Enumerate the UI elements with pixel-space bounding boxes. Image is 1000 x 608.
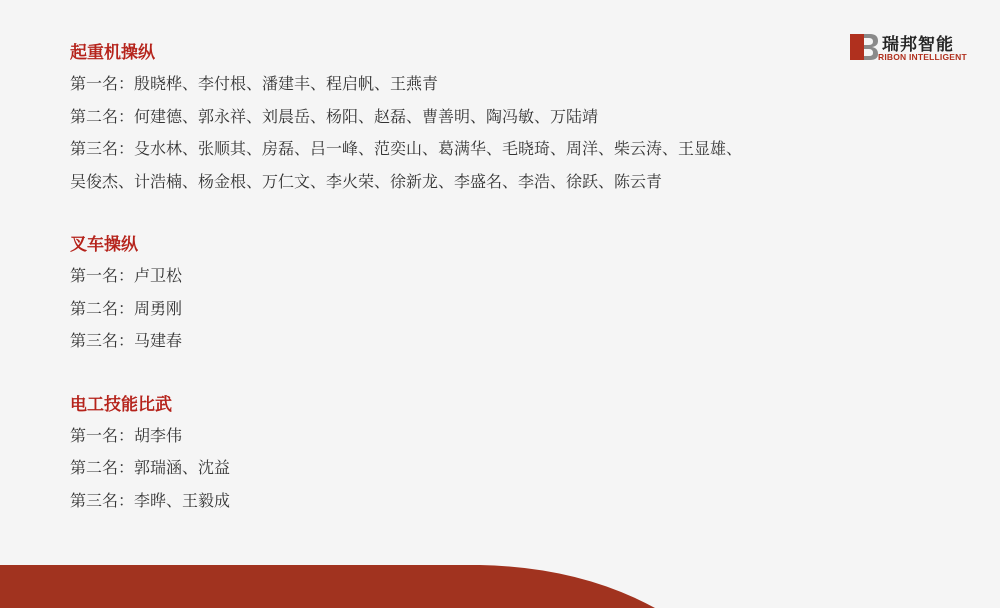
rank-label: 第一名： <box>70 266 134 285</box>
rank-third: 第三名：李晔、王毅成 <box>70 485 890 518</box>
rank-label: 第二名： <box>70 299 134 318</box>
rank-label: 第一名： <box>70 426 134 445</box>
section-title: 起重机操纵 <box>70 38 890 68</box>
rank-first: 第一名：殷晓桦、李付根、潘建丰、程启帆、王燕青 <box>70 68 890 101</box>
brand-name-en: RIBON INTELLIGENT <box>878 52 967 62</box>
winner-names: 郭瑞涵、沈益 <box>134 458 230 477</box>
winner-names: 马建春 <box>134 331 182 350</box>
rank-second: 第二名：周勇刚 <box>70 293 890 326</box>
footer-decorative-band <box>0 565 1000 608</box>
winner-names: 殳水林、张顺其、房磊、吕一峰、范奕山、葛满华、毛晓琦、周洋、柴云涛、王显雄、 <box>134 139 742 158</box>
winner-names-continued: 吴俊杰、计浩楠、杨金根、万仁文、李火荣、徐新龙、李盛名、李浩、徐跃、陈云青 <box>70 166 890 199</box>
rank-label: 第三名： <box>70 491 134 510</box>
section-title: 电工技能比武 <box>70 390 890 420</box>
section-forklift: 叉车操纵 第一名：卢卫松 第二名：周勇刚 第三名：马建春 <box>70 230 890 358</box>
rank-first: 第一名：胡李伟 <box>70 420 890 453</box>
winner-names: 胡李伟 <box>134 426 182 445</box>
winner-names: 周勇刚 <box>134 299 182 318</box>
rank-first: 第一名：卢卫松 <box>70 260 890 293</box>
winner-names: 卢卫松 <box>134 266 182 285</box>
rank-second: 第二名：何建德、郭永祥、刘晨岳、杨阳、赵磊、曹善明、陶冯敏、万陆靖 <box>70 101 890 134</box>
section-crane: 起重机操纵 第一名：殷晓桦、李付根、潘建丰、程启帆、王燕青 第二名：何建德、郭永… <box>70 38 890 198</box>
rank-label: 第一名： <box>70 74 134 93</box>
rank-label: 第二名： <box>70 458 134 477</box>
rank-label: 第二名： <box>70 107 134 126</box>
rank-label: 第三名： <box>70 331 134 350</box>
winner-names: 殷晓桦、李付根、潘建丰、程启帆、王燕青 <box>134 74 438 93</box>
rank-third: 第三名：马建春 <box>70 325 890 358</box>
section-electrician: 电工技能比武 第一名：胡李伟 第二名：郭瑞涵、沈益 第三名：李晔、王毅成 <box>70 390 890 518</box>
award-list: 起重机操纵 第一名：殷晓桦、李付根、潘建丰、程启帆、王燕青 第二名：何建德、郭永… <box>70 38 890 549</box>
rank-second: 第二名：郭瑞涵、沈益 <box>70 452 890 485</box>
winner-names: 李晔、王毅成 <box>134 491 230 510</box>
winner-names: 何建德、郭永祥、刘晨岳、杨阳、赵磊、曹善明、陶冯敏、万陆靖 <box>134 107 598 126</box>
rank-label: 第三名： <box>70 139 134 158</box>
rank-third: 第三名：殳水林、张顺其、房磊、吕一峰、范奕山、葛满华、毛晓琦、周洋、柴云涛、王显… <box>70 133 890 166</box>
section-title: 叉车操纵 <box>70 230 890 260</box>
